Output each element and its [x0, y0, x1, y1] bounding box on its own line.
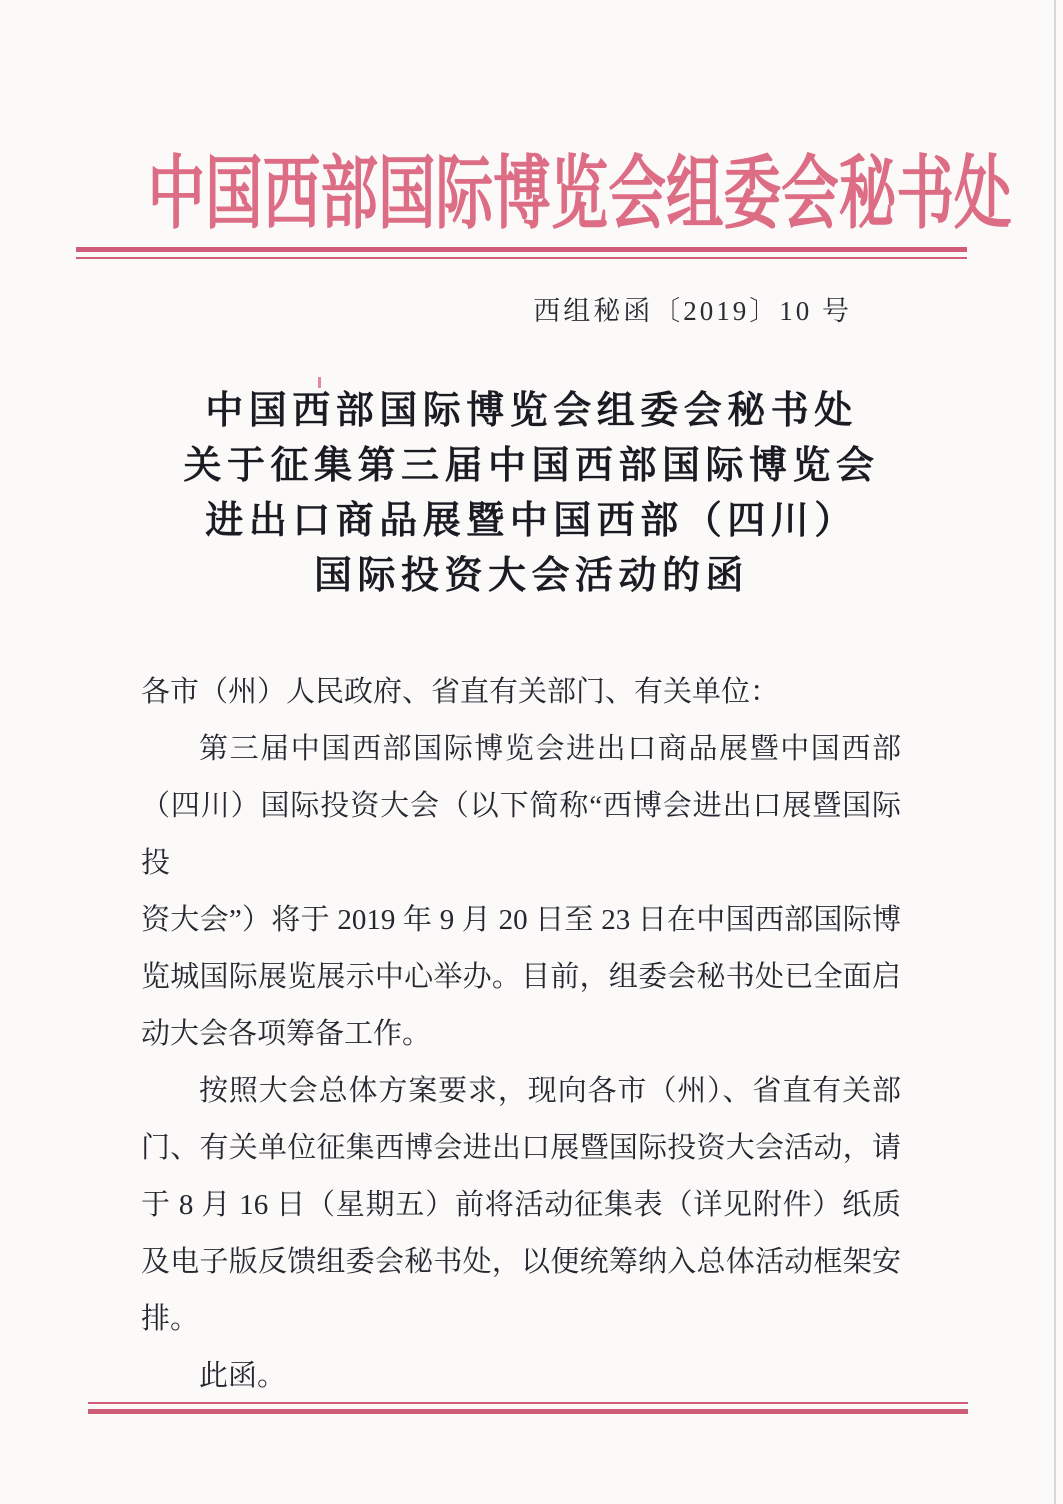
body-paragraphs: 第三届中国西部国际博览会进出口商品展暨中国西部（四川）国际投资大会（以下简称“西…: [141, 721, 901, 1405]
body-line: 按照大会总体方案要求，现向各市（州）、省直有关部: [141, 1063, 901, 1120]
letterhead-rule-thin: [76, 257, 967, 259]
body-line: 于 8 月 16 日（星期五）前将活动征集表（详见附件）纸质: [141, 1177, 901, 1234]
doc-title-line-2: 关于征集第三届中国西部国际博览会: [0, 439, 1063, 494]
doc-title-line-3: 进出口商品展暨中国西部（四川）: [0, 494, 1063, 549]
doc-title-line-1: 中国西部国际博览会组委会秘书处: [0, 384, 1063, 439]
body-line: 资大会”）将于 2019 年 9 月 20 日至 23 日在中国西部国际博: [141, 892, 901, 949]
doc-title: 中国西部国际博览会组委会秘书处 关于征集第三届中国西部国际博览会 进出口商品展暨…: [0, 384, 1063, 604]
paragraph: 此函。: [141, 1348, 901, 1405]
letterhead-rule-thick: [76, 247, 967, 252]
body-line: 览城国际展览展示中心举办。目前，组委会秘书处已全面启: [141, 949, 901, 1006]
body-line: 第三届中国西部国际博览会进出口商品展暨中国西部: [141, 721, 901, 778]
footer-rule-thick: [88, 1409, 968, 1414]
scanned-letter-page: 中国西部国际博览会组委会秘书处 西组秘函〔2019〕10 号 中国西部国际博览会…: [0, 0, 1063, 1504]
letterhead-org-name: 中国西部国际博览会组委会秘书处: [148, 153, 913, 237]
body-line: （四川）国际投资大会（以下简称“西博会进出口展暨国际投: [141, 778, 901, 892]
body-line: 门、有关单位征集西博会进出口展暨国际投资大会活动，请: [141, 1120, 901, 1177]
paragraph: 按照大会总体方案要求，现向各市（州）、省直有关部门、有关单位征集西博会进出口展暨…: [141, 1063, 901, 1348]
doc-title-line-4: 国际投资大会活动的函: [0, 549, 1063, 604]
letter-body: 各市（州）人民政府、省直有关部门、有关单位： 第三届中国西部国际博览会进出口商品…: [141, 664, 901, 1405]
body-line: 排。: [141, 1291, 901, 1348]
body-line: 动大会各项筹备工作。: [141, 1006, 901, 1063]
salutation-line: 各市（州）人民政府、省直有关部门、有关单位：: [141, 664, 901, 721]
paragraph: 第三届中国西部国际博览会进出口商品展暨中国西部（四川）国际投资大会（以下简称“西…: [141, 721, 901, 1063]
body-line: 此函。: [141, 1348, 901, 1405]
body-line: 及电子版反馈组委会秘书处，以便统筹纳入总体活动框架安: [141, 1234, 901, 1291]
scan-page-edge: [1054, 0, 1056, 1504]
doc-reference-number: 西组秘函〔2019〕10 号: [0, 289, 852, 328]
footer-rule-thin: [88, 1402, 968, 1404]
